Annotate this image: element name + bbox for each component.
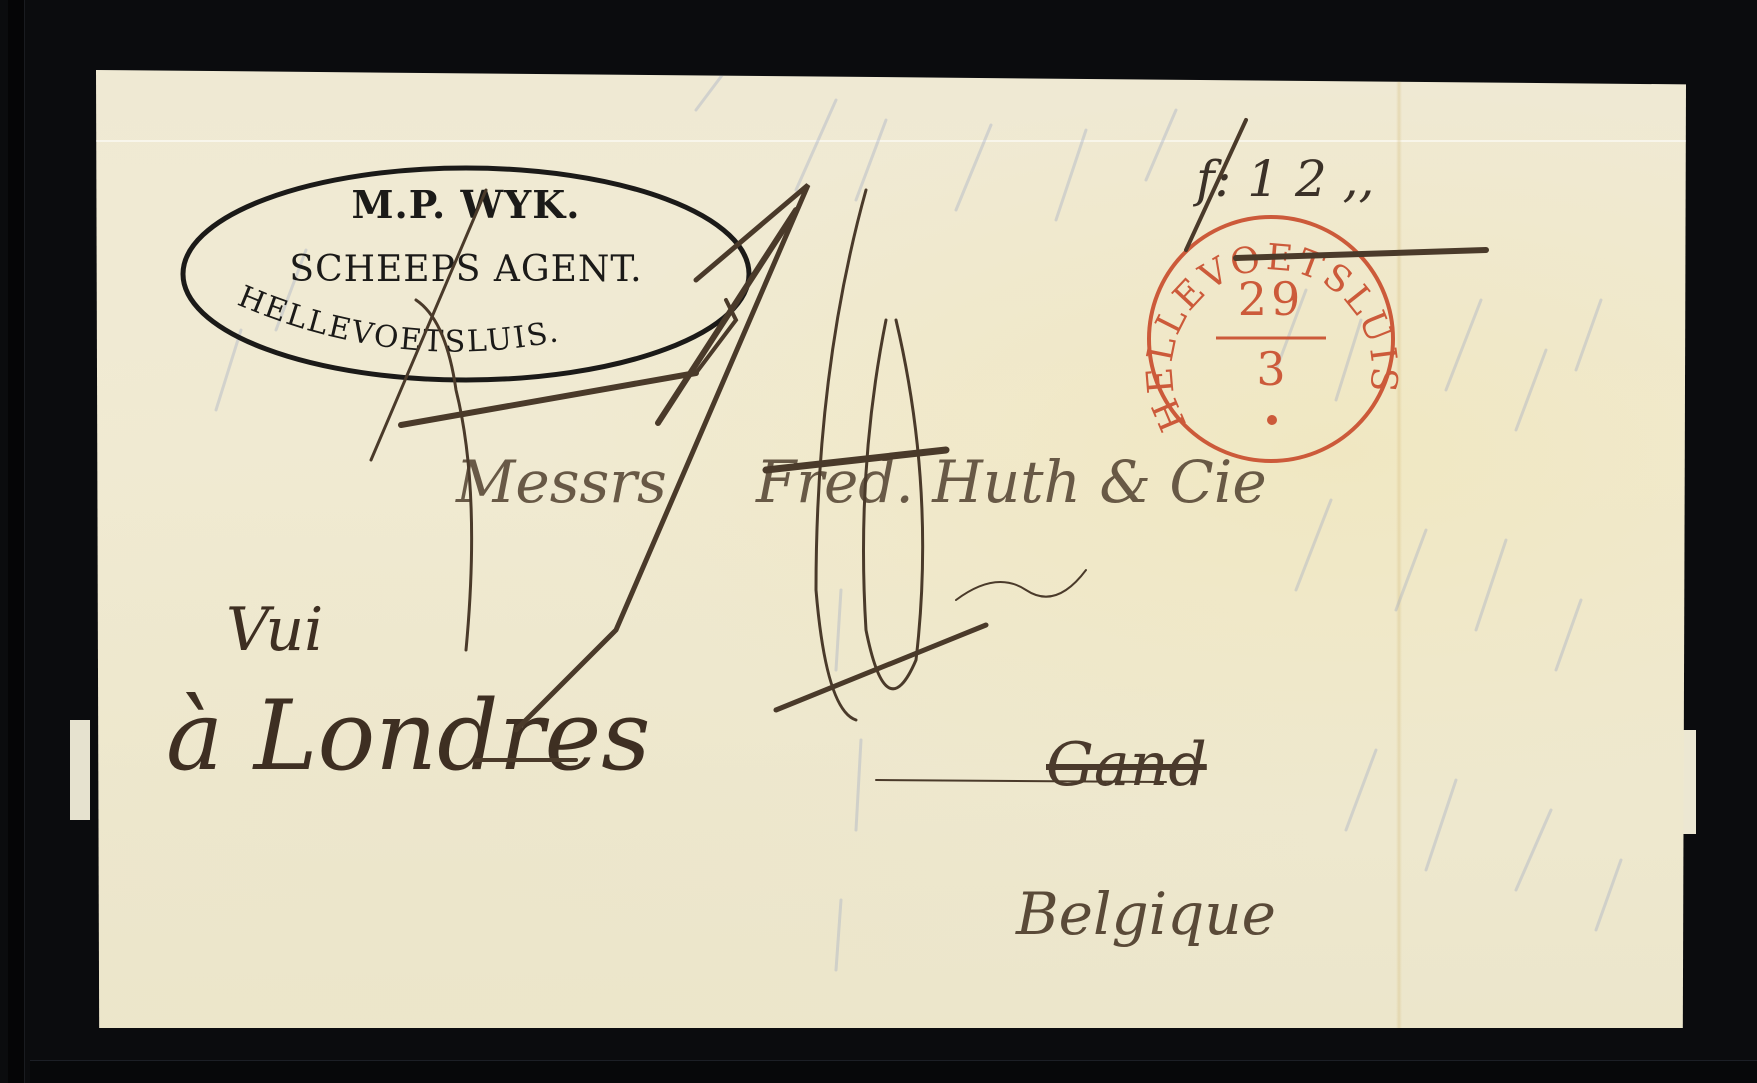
letter-cover: HELLEVOETSLUIS. M.P. WYK. SCHEEPS AGENT.… xyxy=(96,70,1686,1028)
manuscript-charge-strokes xyxy=(96,70,1686,1028)
mount-edge xyxy=(8,0,25,1083)
letter-flap-right xyxy=(1682,730,1696,834)
letter-flap-left xyxy=(70,720,90,820)
mount-edge xyxy=(30,1060,1757,1083)
